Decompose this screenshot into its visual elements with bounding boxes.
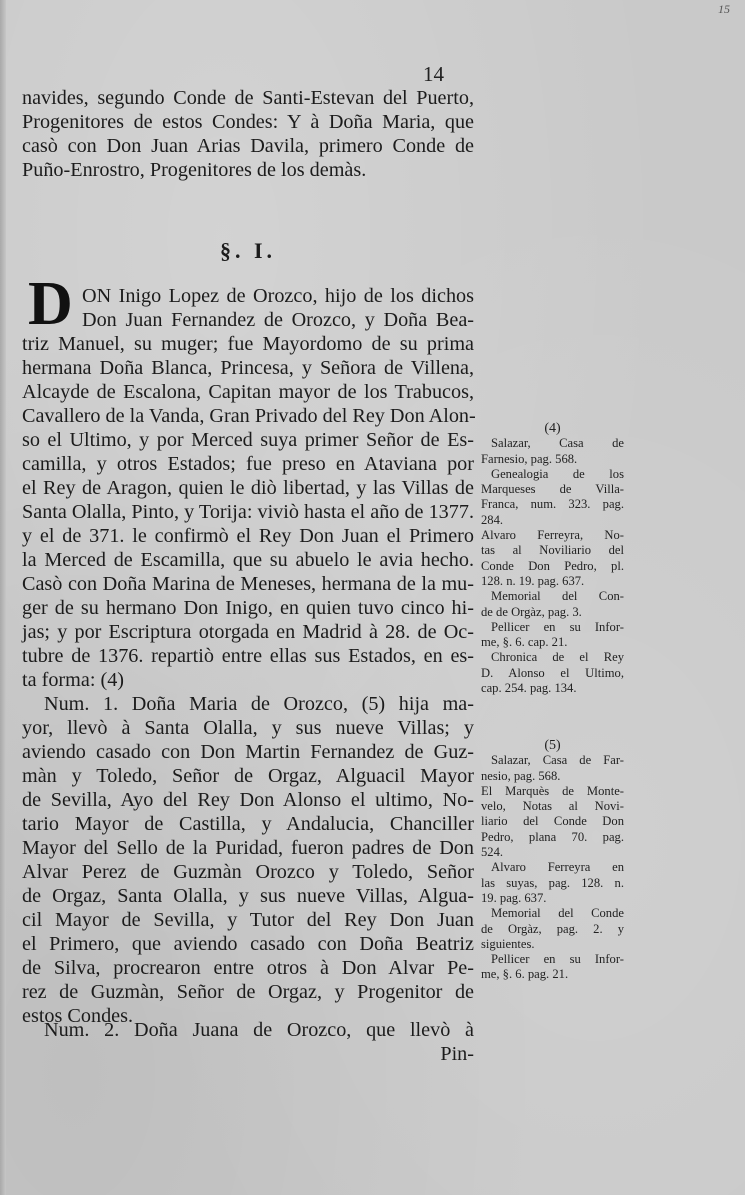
text-line: rez de Guzmàn, Señor de Orgaz, y Progeni… bbox=[22, 980, 474, 1004]
paragraph-2: Num. 1. Doña Maria de Orozco, (5) hija m… bbox=[22, 692, 474, 1028]
note-line: 524. bbox=[481, 845, 624, 860]
text-line: de Orgaz, Santa Olalla, y sus nueve Vill… bbox=[22, 884, 474, 908]
text-line: tubre de 1376. repartiò entre ellas sus … bbox=[22, 644, 474, 668]
note-marker: (4) bbox=[481, 421, 624, 436]
note-line: 128. n. 19. pag. 637. bbox=[481, 574, 624, 589]
note-line: velo, Notas al Novi- bbox=[481, 799, 624, 814]
note-line: de Orgàz, pag. 2. y bbox=[481, 922, 624, 937]
note-line: Memorial del Con- bbox=[481, 589, 624, 604]
text-line: cil Mayor de Sevilla, y Tutor del Rey Do… bbox=[22, 908, 474, 932]
text-line: Num. 2. Doña Juana de Orozco, que llevò … bbox=[22, 1018, 474, 1042]
note-line: Pedro, plana 70. pag. bbox=[481, 830, 624, 845]
text-line: navides, segundo Conde de Santi-Estevan … bbox=[22, 86, 474, 110]
text-line: jas; y por Escriptura otorgada en Madrid… bbox=[22, 620, 474, 644]
text-line: yor, llevò à Santa Olalla, y sus nueve V… bbox=[22, 716, 474, 740]
note-line: Memorial del Conde bbox=[481, 906, 624, 921]
page-number: 14 bbox=[423, 62, 444, 87]
text-line: ta forma: (4) bbox=[22, 668, 474, 692]
text-line: màn y Toledo, Señor de Orgaz, Alguacil M… bbox=[22, 764, 474, 788]
note-line: liario del Conde Don bbox=[481, 814, 624, 829]
note-line: me, §. 6. cap. 21. bbox=[481, 635, 624, 650]
text-line: el Primero, que aviendo casado con Doña … bbox=[22, 932, 474, 956]
note-line: El Marquès de Monte- bbox=[481, 784, 624, 799]
note-line: Salazar, Casa de bbox=[481, 436, 624, 451]
note-line: Alvaro Ferreyra, No- bbox=[481, 528, 624, 543]
text-line: ger de su hermano Don Inigo, en quien tu… bbox=[22, 596, 474, 620]
text-line: camilla, y otros Estados; fue preso en A… bbox=[22, 452, 474, 476]
note-line: Marqueses de Villa- bbox=[481, 482, 624, 497]
note-line: Chronica de el Rey bbox=[481, 650, 624, 665]
note-line: Pellicer en su Infor- bbox=[481, 620, 624, 635]
note-line: de de Orgàz, pag. 3. bbox=[481, 605, 624, 620]
note-line: Pellicer en su Infor- bbox=[481, 952, 624, 967]
text-line: triz Manuel, su muger; fue Mayordomo de … bbox=[22, 332, 474, 356]
text-line: aviendo casado con Don Martin Fernandez … bbox=[22, 740, 474, 764]
note-line: las suyas, pag. 128. n. bbox=[481, 876, 624, 891]
text-line: casò con Don Juan Arias Davila, primero … bbox=[22, 134, 474, 158]
paragraph-3: Num. 2. Doña Juana de Orozco, que llevò … bbox=[22, 1018, 474, 1066]
page-edge-shadow bbox=[0, 0, 6, 1195]
note-line: Franca, num. 323. pag. bbox=[481, 497, 624, 512]
margin-note-4: (4) Salazar, Casa de Farnesio, pag. 568.… bbox=[481, 421, 624, 696]
section-heading: §. I. bbox=[220, 238, 276, 264]
text-line: Alvar Perez de Guzmàn Orozco y Toledo, S… bbox=[22, 860, 474, 884]
text-line: tario Mayor de Castilla, y Andalucia, Ch… bbox=[22, 812, 474, 836]
intro-block: navides, segundo Conde de Santi-Estevan … bbox=[22, 86, 474, 182]
text-line: Cavallero de la Vanda, Gran Privado del … bbox=[22, 404, 474, 428]
margin-note-5: (5) Salazar, Casa de Far- nesio, pag. 56… bbox=[481, 738, 624, 983]
text-line: Progenitores de estos Condes: Y à Doña M… bbox=[22, 110, 474, 134]
note-line: Alvaro Ferreyra en bbox=[481, 860, 624, 875]
text-line: Mayor del Sello de la Puridad, fueron pa… bbox=[22, 836, 474, 860]
text-line: hermana Doña Blanca, Princesa, y Señora … bbox=[22, 356, 474, 380]
note-line: D. Alonso el Ultimo, bbox=[481, 666, 624, 681]
text-line: de Silva, procrearon entre otros à Don A… bbox=[22, 956, 474, 980]
text-line: ON Inigo Lopez de Orozco, hijo de los di… bbox=[22, 284, 474, 308]
note-line: Salazar, Casa de Far- bbox=[481, 753, 624, 768]
text-line: Don Juan Fernandez de Orozco, y Doña Bea… bbox=[22, 308, 474, 332]
note-line: Farnesio, pag. 568. bbox=[481, 452, 624, 467]
text-line: Num. 1. Doña Maria de Orozco, (5) hija m… bbox=[22, 692, 474, 716]
text-line: Santa Olalla, Pinto, y Torija: viviò has… bbox=[22, 500, 474, 524]
note-line: 19. pag. 637. bbox=[481, 891, 624, 906]
note-line: me, §. 6. pag. 21. bbox=[481, 967, 624, 982]
note-line: siguientes. bbox=[481, 937, 624, 952]
paragraph-1: ON Inigo Lopez de Orozco, hijo de los di… bbox=[22, 284, 474, 692]
note-line: Conde Don Pedro, pl. bbox=[481, 559, 624, 574]
text-line: el Rey de Aragon, quien le diò libertad,… bbox=[22, 476, 474, 500]
text-line: la Merced de Escamilla, que su abuelo le… bbox=[22, 548, 474, 572]
note-line: 284. bbox=[481, 513, 624, 528]
catchword: Pin- bbox=[22, 1042, 474, 1066]
note-line: nesio, pag. 568. bbox=[481, 769, 624, 784]
text-line: Puño-Enrostro, Progenitores de los demàs… bbox=[22, 158, 474, 182]
text-line: y el de 371. le confirmò el Rey Don Juan… bbox=[22, 524, 474, 548]
note-line: cap. 254. pag. 134. bbox=[481, 681, 624, 696]
text-line: so el Ultimo, y por Merced suya primer S… bbox=[22, 428, 474, 452]
note-line: tas al Noviliario del bbox=[481, 543, 624, 558]
corner-annotation: 15 bbox=[718, 2, 730, 17]
text-line: Alcayde de Escalona, Capitan mayor de lo… bbox=[22, 380, 474, 404]
note-marker: (5) bbox=[481, 738, 624, 753]
note-line: Genealogia de los bbox=[481, 467, 624, 482]
text-line: Casò con Doña Marina de Meneses, hermana… bbox=[22, 572, 474, 596]
text-line: de Sevilla, Ayo del Rey Don Alonso el ul… bbox=[22, 788, 474, 812]
